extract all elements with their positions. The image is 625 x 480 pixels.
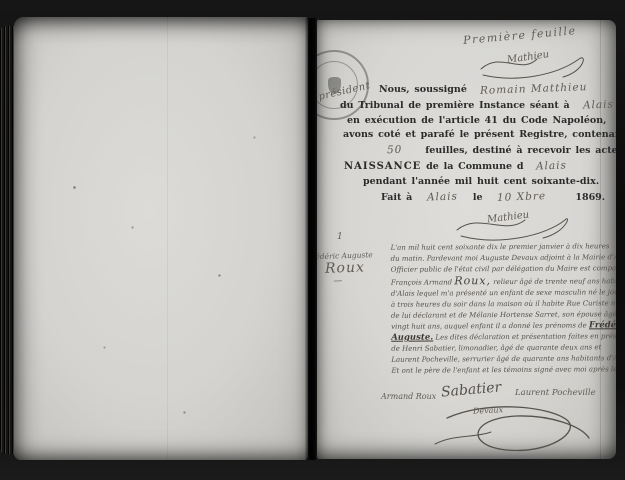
header-paraph: Mathieu (475, 47, 597, 83)
printed-label: feuilles, destiné à recevoir les actes d… (425, 145, 616, 156)
act-father-surname: Roux, (454, 274, 491, 287)
printed-naissance-label: NAISSANCE (344, 161, 421, 172)
printed-line-4: avons coté et parafé le présent Registre… (339, 128, 613, 143)
handwritten-city: Alais (582, 97, 613, 113)
printed-year: 1869. (575, 192, 605, 203)
act-margin-name: Frédéric Auguste Roux — (317, 250, 392, 288)
act-marginal-number: 1 (337, 232, 343, 242)
printed-line-8: Fait à Alais le 10 Xbre 1869. (339, 190, 613, 206)
margin-dash: — (333, 275, 391, 287)
grand-paraph-flourish-icon (427, 400, 603, 458)
officer-grand-paraph: Devaux (427, 400, 603, 458)
act-father-firstnames: François Armand (391, 278, 452, 286)
left-blank-page (14, 17, 308, 460)
page-fold-line (167, 17, 168, 460)
handwritten-judge-name: Romain Matthieu (479, 80, 587, 99)
signature-pocheville: Laurent Pocheville (515, 388, 596, 398)
certification-signature: Mathieu (449, 206, 575, 244)
officer-signature-name: Devaux (473, 405, 504, 416)
act-child-firstname-1: Frédéric (589, 320, 616, 330)
paper-specks (14, 17, 15, 18)
act-text: vingt huit ans, auquel enfant il a donné… (391, 321, 587, 330)
signature-sabatier: Sabatier (440, 379, 501, 400)
printed-line-2: du Tribunal de première Instance séant à… (339, 98, 613, 114)
act-child-firstname-2: Auguste. (391, 333, 433, 343)
printed-fait-label: Fait à (381, 192, 412, 203)
handwritten-sheet-count: 50 (387, 143, 403, 158)
printed-certification-block: Nous, soussigné Romain Matthieu du Tribu… (339, 82, 613, 205)
act-text: Les dites déclaration et présentation fa… (435, 332, 616, 341)
handwritten-date: 10 Xbre (497, 189, 547, 206)
printed-line-3: en exécution de l'article 41 du Code Nap… (339, 114, 613, 129)
handwritten-place: Alais (427, 189, 458, 205)
printed-line-1: Nous, soussigné Romain Matthieu (339, 82, 613, 98)
header-handwritten-note: Première feuille (463, 24, 577, 47)
printed-line-6: NAISSANCE de la Commune d Alais (339, 159, 613, 175)
printed-label: de la Commune d (426, 161, 523, 172)
printed-label: du Tribunal de première Instance séant à (340, 100, 570, 111)
printed-line-5: 50 feuilles, destiné à recevoir les acte… (339, 143, 613, 159)
printed-line-7: pendant l'année mil huit cent soixante-d… (339, 175, 613, 190)
right-register-page: Première feuille Mathieu président Nous,… (317, 20, 616, 459)
handwritten-commune: Alais (536, 158, 567, 174)
registry-scan-viewport: Première feuille Mathieu président Nous,… (0, 0, 625, 480)
printed-le-label: le (473, 192, 483, 203)
handwritten-birth-act: L'an mil huit cent soixante dix le premi… (391, 241, 616, 377)
act-father-details: relieur âgé de trente neuf ans habitant (493, 277, 616, 286)
printed-label: Nous, soussigné (379, 84, 467, 95)
act-line: Et ont le père de l'enfant et les témoin… (391, 364, 616, 377)
